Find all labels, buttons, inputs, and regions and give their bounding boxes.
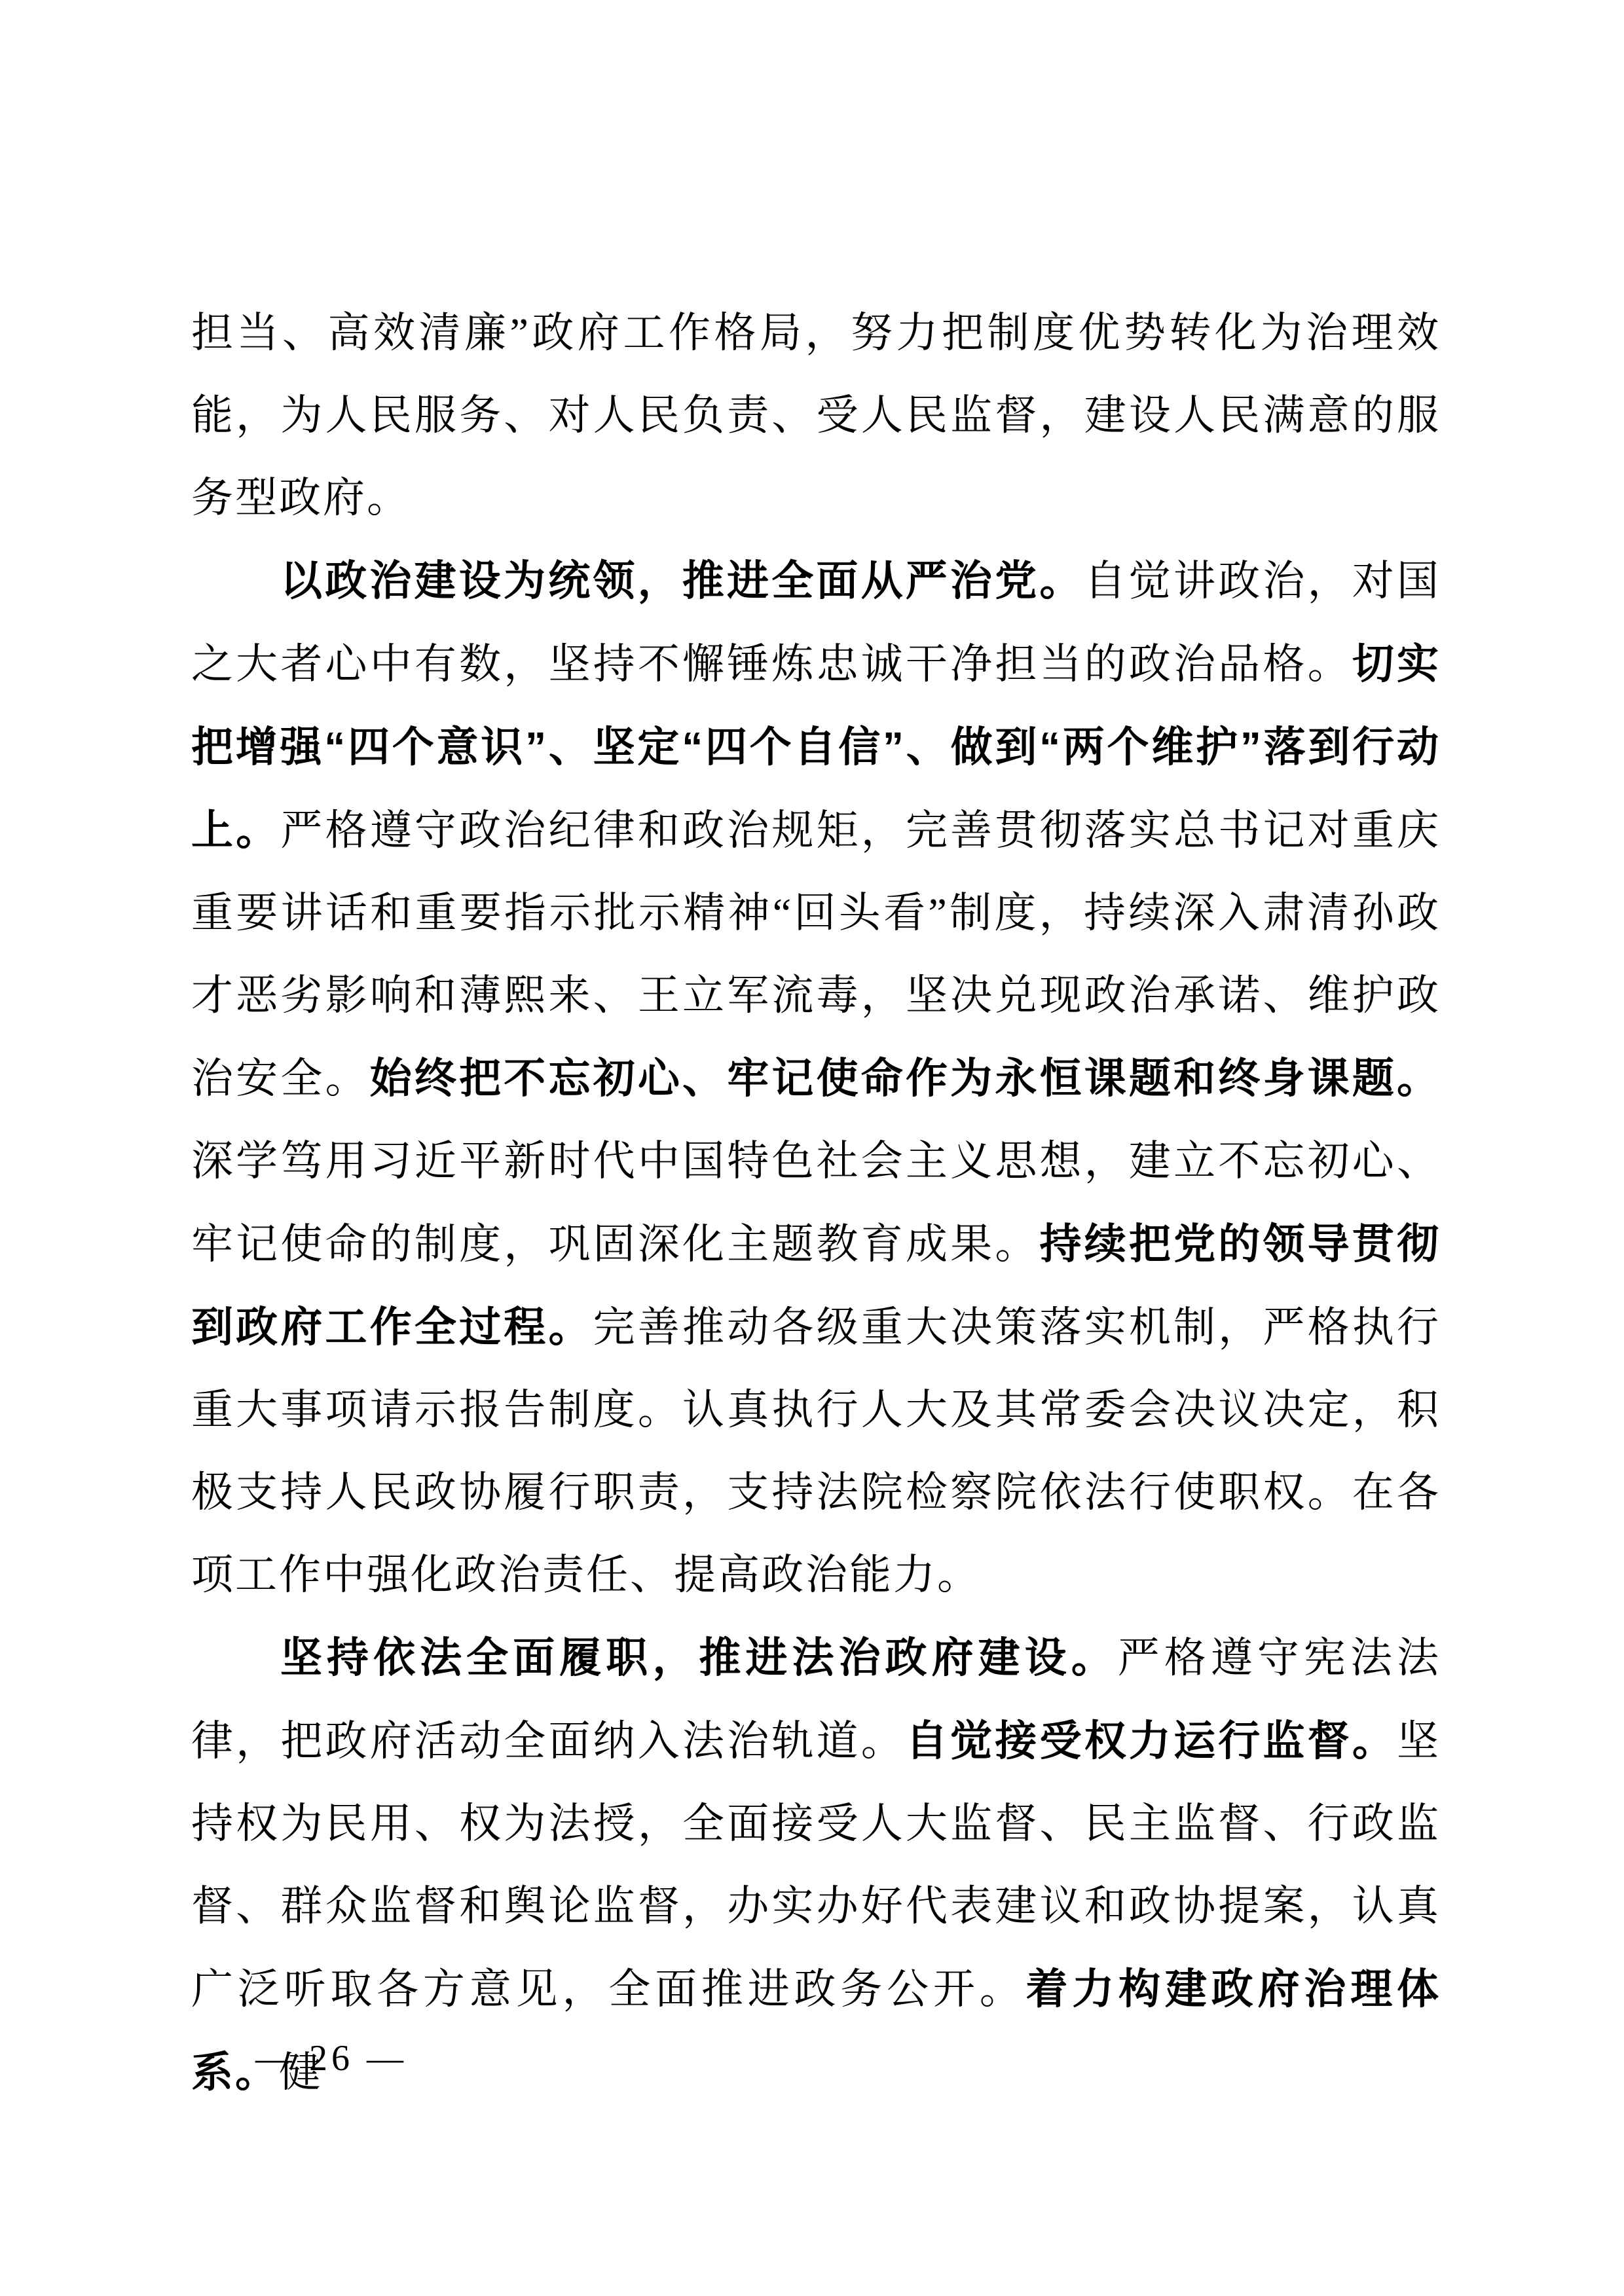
paragraph: 以政治建设为统领，推进全面从严治党。自觉讲政治，对国之大者心中有数，坚持不懈锤炼… xyxy=(191,539,1441,1616)
text-segment-emphasis: 以政治建设为统领，推进全面从严治党。 xyxy=(280,557,1084,604)
page-number: — 26 — xyxy=(255,2037,407,2079)
text-segment-emphasis: 坚持依法全面履职，推进法治政府建设。 xyxy=(280,1634,1118,1681)
document-body: 担当、高效清廉”政府工作格局，努力把制度优势转化为治理效能，为人民服务、对人民负… xyxy=(191,292,1441,2114)
text-segment-emphasis: 自觉接受权力运行监督。 xyxy=(906,1717,1397,1764)
text-segment-emphasis: 始终把不忘初心、牢记使命作为永恒课题和终身课题。 xyxy=(370,1055,1441,1102)
paragraph: 担当、高效清廉”政府工作格局，努力把制度优势转化为治理效能，为人民服务、对人民负… xyxy=(191,292,1441,539)
text-segment: 担当、高效清廉”政府工作格局，努力把制度优势转化为治理效能，为人民服务、对人民负… xyxy=(191,310,1441,521)
document-page: 担当、高效清廉”政府工作格局，努力把制度优势转化为治理效能，为人民服务、对人民负… xyxy=(0,0,1624,2296)
